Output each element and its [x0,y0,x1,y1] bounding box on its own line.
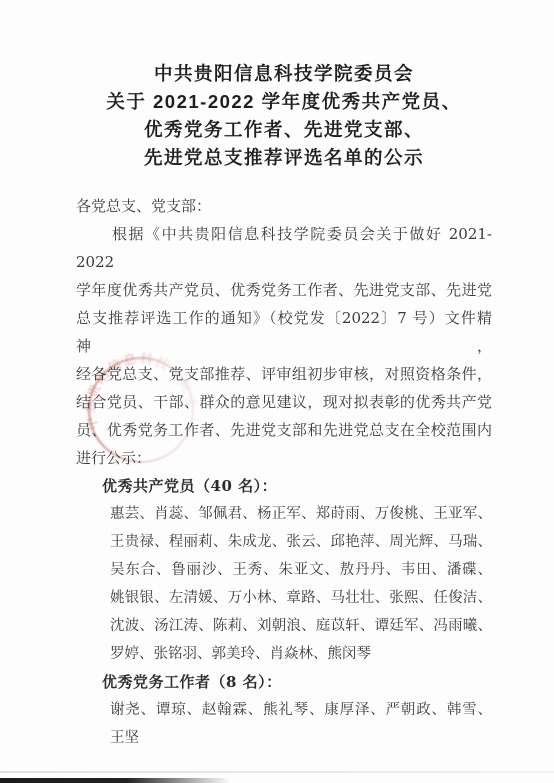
photo-edge-artifact [0,778,230,783]
section-heading: 优秀党务工作者（8 名）： [76,668,492,696]
name-list: 谢尧、谭琼、赵翰霖、熊礼琴、康厚泽、严朝政、韩雪、 王坚 [110,696,492,752]
name-line: 谢尧、谭琼、赵翰霖、熊礼琴、康厚泽、严朝政、韩雪、 [110,696,492,724]
salutation: 各党总支、党支部： [76,192,492,220]
paragraph-line: 经各党总支、党支部推荐、评审组初步审核，对照资格条件， [76,360,492,388]
name-list: 惠芸、肖蕊、邹佩君、杨正军、郑莳雨、万俊桃、王亚军、 王贵禄、程丽莉、朱成龙、张… [110,500,492,668]
paragraph-line: 进行公示： [76,444,492,472]
name-line: 惠芸、肖蕊、邹佩君、杨正军、郑莳雨、万俊桃、王亚军、 [110,500,492,528]
name-line: 姚银银、左清媛、万小林、章路、马壮壮、张熙、任俊洁、 [110,584,492,612]
name-line: 沈波、汤江涛、陈莉、刘朝浪、庭苡轩、谭廷军、冯雨曦、 [110,612,492,640]
name-line: 吴东合、鲁丽沙、王秀、朱亚文、敖丹丹、韦田、潘碟、 [110,556,492,584]
paragraph-line: 总支推荐评选工作的通知》（校党发〔2022〕7 号）文件精神， [76,304,492,360]
page-bottom-edge-line [0,771,554,773]
name-line: 王坚 [110,724,492,752]
title-line: 关于 2021-2022 学年度优秀共产党员、 [76,88,492,116]
document-content: 中共贵阳信息科技学院委员会 关于 2021-2022 学年度优秀共产党员、 优秀… [76,0,492,752]
document-page: 中共贵阳信息科技学院委员会 中共贵阳信息科技学院委员会 关于 2021-2022… [0,0,554,783]
title-line: 优秀党务工作者、先进党支部、 [76,116,492,144]
paragraph-line: 结合党员、干部、群众的意见建议，现对拟表彰的优秀共产党 [76,388,492,416]
section-outstanding-party-members: 优秀共产党员（40 名）： 惠芸、肖蕊、邹佩君、杨正军、郑莳雨、万俊桃、王亚军、… [76,472,492,668]
opening-paragraph: 根据《中共贵阳信息科技学院委员会关于做好 2021-2022 学年度优秀共产党员… [76,220,492,472]
document-title: 中共贵阳信息科技学院委员会 关于 2021-2022 学年度优秀共产党员、 优秀… [76,60,492,172]
paragraph-line: 员、优秀党务工作者、先进党支部和先进党总支在全校范围内 [76,416,492,444]
section-heading: 优秀共产党员（40 名）： [76,472,492,500]
name-line: 罗婷、张铭羽、郭美玲、肖焱林、熊闵琴 [110,640,492,668]
title-line: 先进党总支推荐评选名单的公示 [76,144,492,172]
paragraph-line: 根据《中共贵阳信息科技学院委员会关于做好 2021-2022 [76,220,492,276]
title-line: 中共贵阳信息科技学院委员会 [76,60,492,88]
paragraph-line: 学年度优秀共产党员、优秀党务工作者、先进党支部、先进党 [76,276,492,304]
section-outstanding-party-workers: 优秀党务工作者（8 名）： 谢尧、谭琼、赵翰霖、熊礼琴、康厚泽、严朝政、韩雪、 … [76,668,492,752]
document-body: 各党总支、党支部： 根据《中共贵阳信息科技学院委员会关于做好 2021-2022… [76,192,492,752]
name-line: 王贵禄、程丽莉、朱成龙、张云、邱艳萍、周光辉、马瑞、 [110,528,492,556]
